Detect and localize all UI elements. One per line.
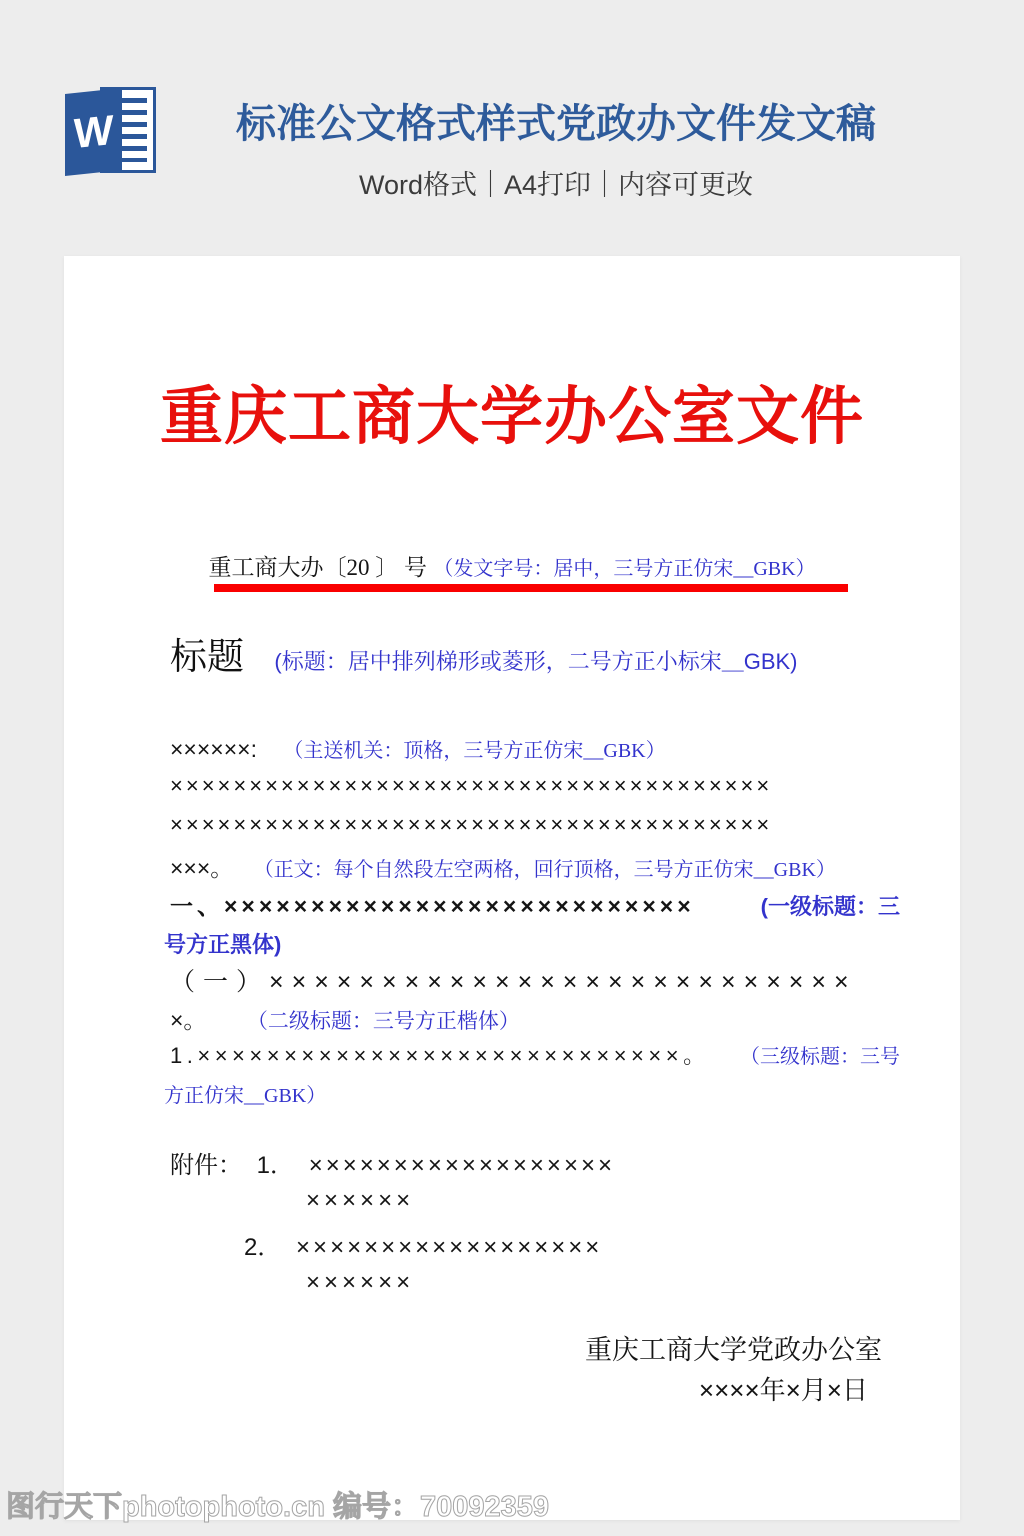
heading2-end-line: ×。 （二级标题：三号方正楷体） <box>170 1002 520 1035</box>
red-divider-rule <box>214 584 848 592</box>
attachment-item1-text: ×××××××××××××××××× <box>309 1152 615 1179</box>
heading3-note-part1: （三级标题：三号 <box>740 1040 900 1069</box>
ref-number-text: 重工商大办〔20 〕 号 <box>208 555 427 580</box>
body-text-note: （正文：每个自然段左空两格，回行顶格，三号方正仿宋__GBK） <box>254 859 836 881</box>
body-end-text: ×××。 <box>170 855 233 881</box>
body-placeholder-row: ×××××××××××××××××××××××××××××××××××××× <box>170 773 772 799</box>
attachment-item1-number: 1． <box>257 1152 294 1179</box>
heading2-line: （一）×××××××××××××××××××××××××× <box>170 962 857 998</box>
heading1-line: 一、××××××××××××××××××××××××××× (一级标题：三 <box>170 888 900 921</box>
ref-number-note: （发文字号：居中，三号方正仿宋__GBK） <box>433 558 815 580</box>
doc-title-text: 标题 <box>170 636 244 677</box>
body-end-line: ×××。 （正文：每个自然段左空两格，回行顶格，三号方正仿宋__GBK） <box>170 850 836 883</box>
header-text-block: 标准公文格式样式党政办文件发文稿 Word格式｜A4打印｜内容可更改 <box>216 92 896 202</box>
signature-organization: 重庆工商大学党政办公室 <box>585 1328 882 1367</box>
attachment-line-1: 附件： 1． ×××××××××××××××××× <box>170 1145 615 1180</box>
heading2-note: （二级标题：三号方正楷体） <box>247 1009 520 1033</box>
template-subtitle: Word格式｜A4打印｜内容可更改 <box>216 163 896 202</box>
recipient-note: （主送机关：顶格，三号方正仿宋__GBK） <box>283 740 665 762</box>
recipient-text: ××××××: <box>170 736 257 762</box>
word-icon: W <box>64 84 158 178</box>
red-banner-title: 重庆工商大学办公室文件 <box>64 366 960 457</box>
heading3-note-part2: 方正仿宋__GBK） <box>164 1079 326 1108</box>
attachment-item2-text-wrap: ×××××× <box>306 1269 414 1297</box>
attachment-label: 附件： <box>170 1152 242 1179</box>
heading1-note-part1: (一级标题：三 <box>761 890 900 921</box>
heading3-text: 1.××××××××××××××××××××××××××××。 <box>170 1039 710 1070</box>
heading2-end-text: ×。 <box>170 1007 206 1033</box>
attachment-item2-text: ×××××××××××××××××× <box>296 1234 602 1261</box>
preview-header: W 标准公文格式样式党政办文件发文稿 Word格式｜A4打印｜内容可更改 <box>0 0 1024 256</box>
body-placeholder-row: ×××××××××××××××××××××××××××××××××××××× <box>170 812 772 838</box>
attachment-line-2: 2． ×××××××××××××××××× <box>244 1227 602 1262</box>
doc-title-note: (标题：居中排列梯形或菱形，二号方正小标宋＿GBK) <box>274 649 797 674</box>
template-title: 标准公文格式样式党政办文件发文稿 <box>216 92 896 149</box>
attachment-item1-text-wrap: ×××××× <box>306 1187 414 1215</box>
heading1-text: 一、××××××××××××××××××××××××××× <box>170 888 695 921</box>
signature-date: ××××年×月×日 <box>699 1370 868 1407</box>
word-icon-w-panel: W <box>65 88 122 176</box>
heading3-line: 1.××××××××××××××××××××××××××××。 （三级标题：三号 <box>170 1039 900 1070</box>
recipient-line: ××××××: （主送机关：顶格，三号方正仿宋__GBK） <box>170 734 666 763</box>
heading1-note-part2: 号方正黑体) <box>164 928 281 959</box>
attachment-item2-number: 2． <box>244 1234 281 1261</box>
document-page: 重庆工商大学办公室文件 重工商大办〔20 〕 号 （发文字号：居中，三号方正仿宋… <box>64 256 960 1520</box>
site-watermark: 图行天下photophoto.cn 编号：70092359 <box>6 1484 549 1525</box>
doc-title-line: 标题 (标题：居中排列梯形或菱形，二号方正小标宋＿GBK) <box>170 626 798 680</box>
ref-number-line: 重工商大办〔20 〕 号 （发文字号：居中，三号方正仿宋__GBK） <box>64 549 960 582</box>
